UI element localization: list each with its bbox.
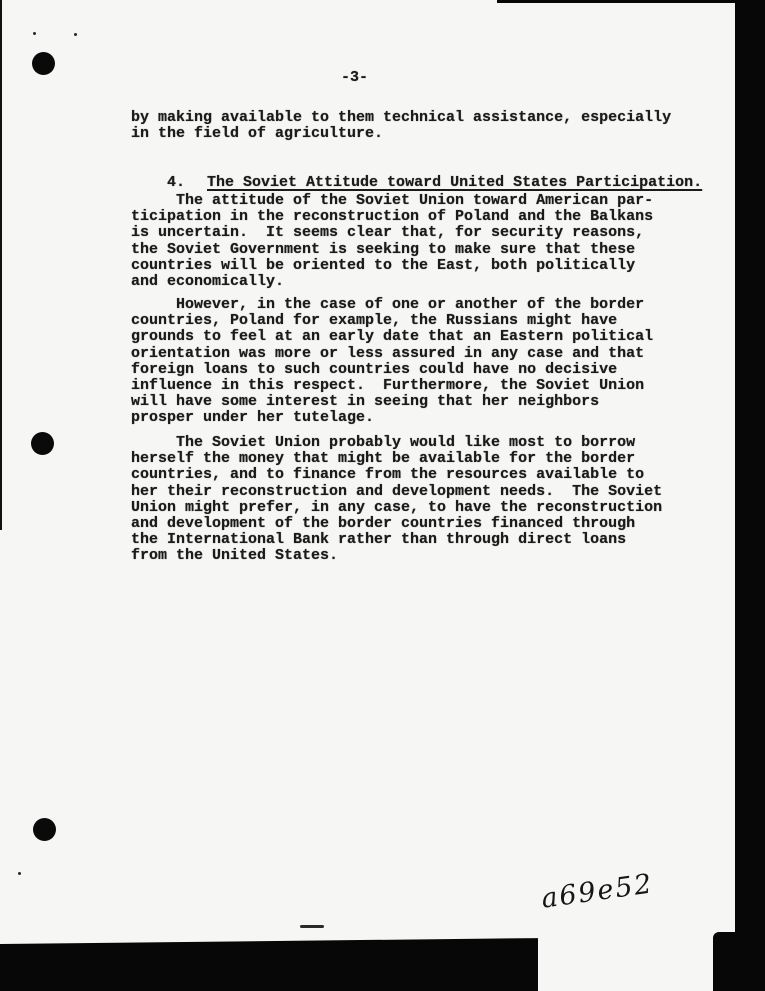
- scan-speck: [33, 32, 36, 35]
- paragraph-soviet-borrowing: The Soviet Union probably would like mos…: [131, 435, 662, 565]
- scan-speck: [300, 925, 324, 928]
- scan-border-top: [497, 0, 765, 3]
- paragraph-soviet-attitude: The attitude of the Soviet Union toward …: [131, 193, 653, 290]
- hole-punch-top: [32, 52, 55, 75]
- scan-speck: [74, 33, 77, 36]
- section-title: The Soviet Attitude toward United States…: [207, 174, 702, 191]
- section-number: 4.: [167, 174, 185, 191]
- scanned-document-page: -3- by making available to them technica…: [0, 0, 765, 991]
- continuation-paragraph: by making available to them technical as…: [131, 110, 671, 142]
- hole-punch-middle: [31, 432, 54, 455]
- page-number: -3-: [341, 70, 368, 86]
- scan-border-right: [735, 0, 765, 991]
- scan-edge-left: [0, 0, 2, 530]
- paragraph-border-countries: However, in the case of one or another o…: [131, 297, 653, 427]
- scan-border-bottom: [0, 937, 538, 991]
- scan-corner-bottom-right: [713, 932, 765, 991]
- handwritten-annotation: a69e52: [539, 868, 655, 914]
- scan-speck: [18, 872, 21, 875]
- hole-punch-bottom: [33, 818, 56, 841]
